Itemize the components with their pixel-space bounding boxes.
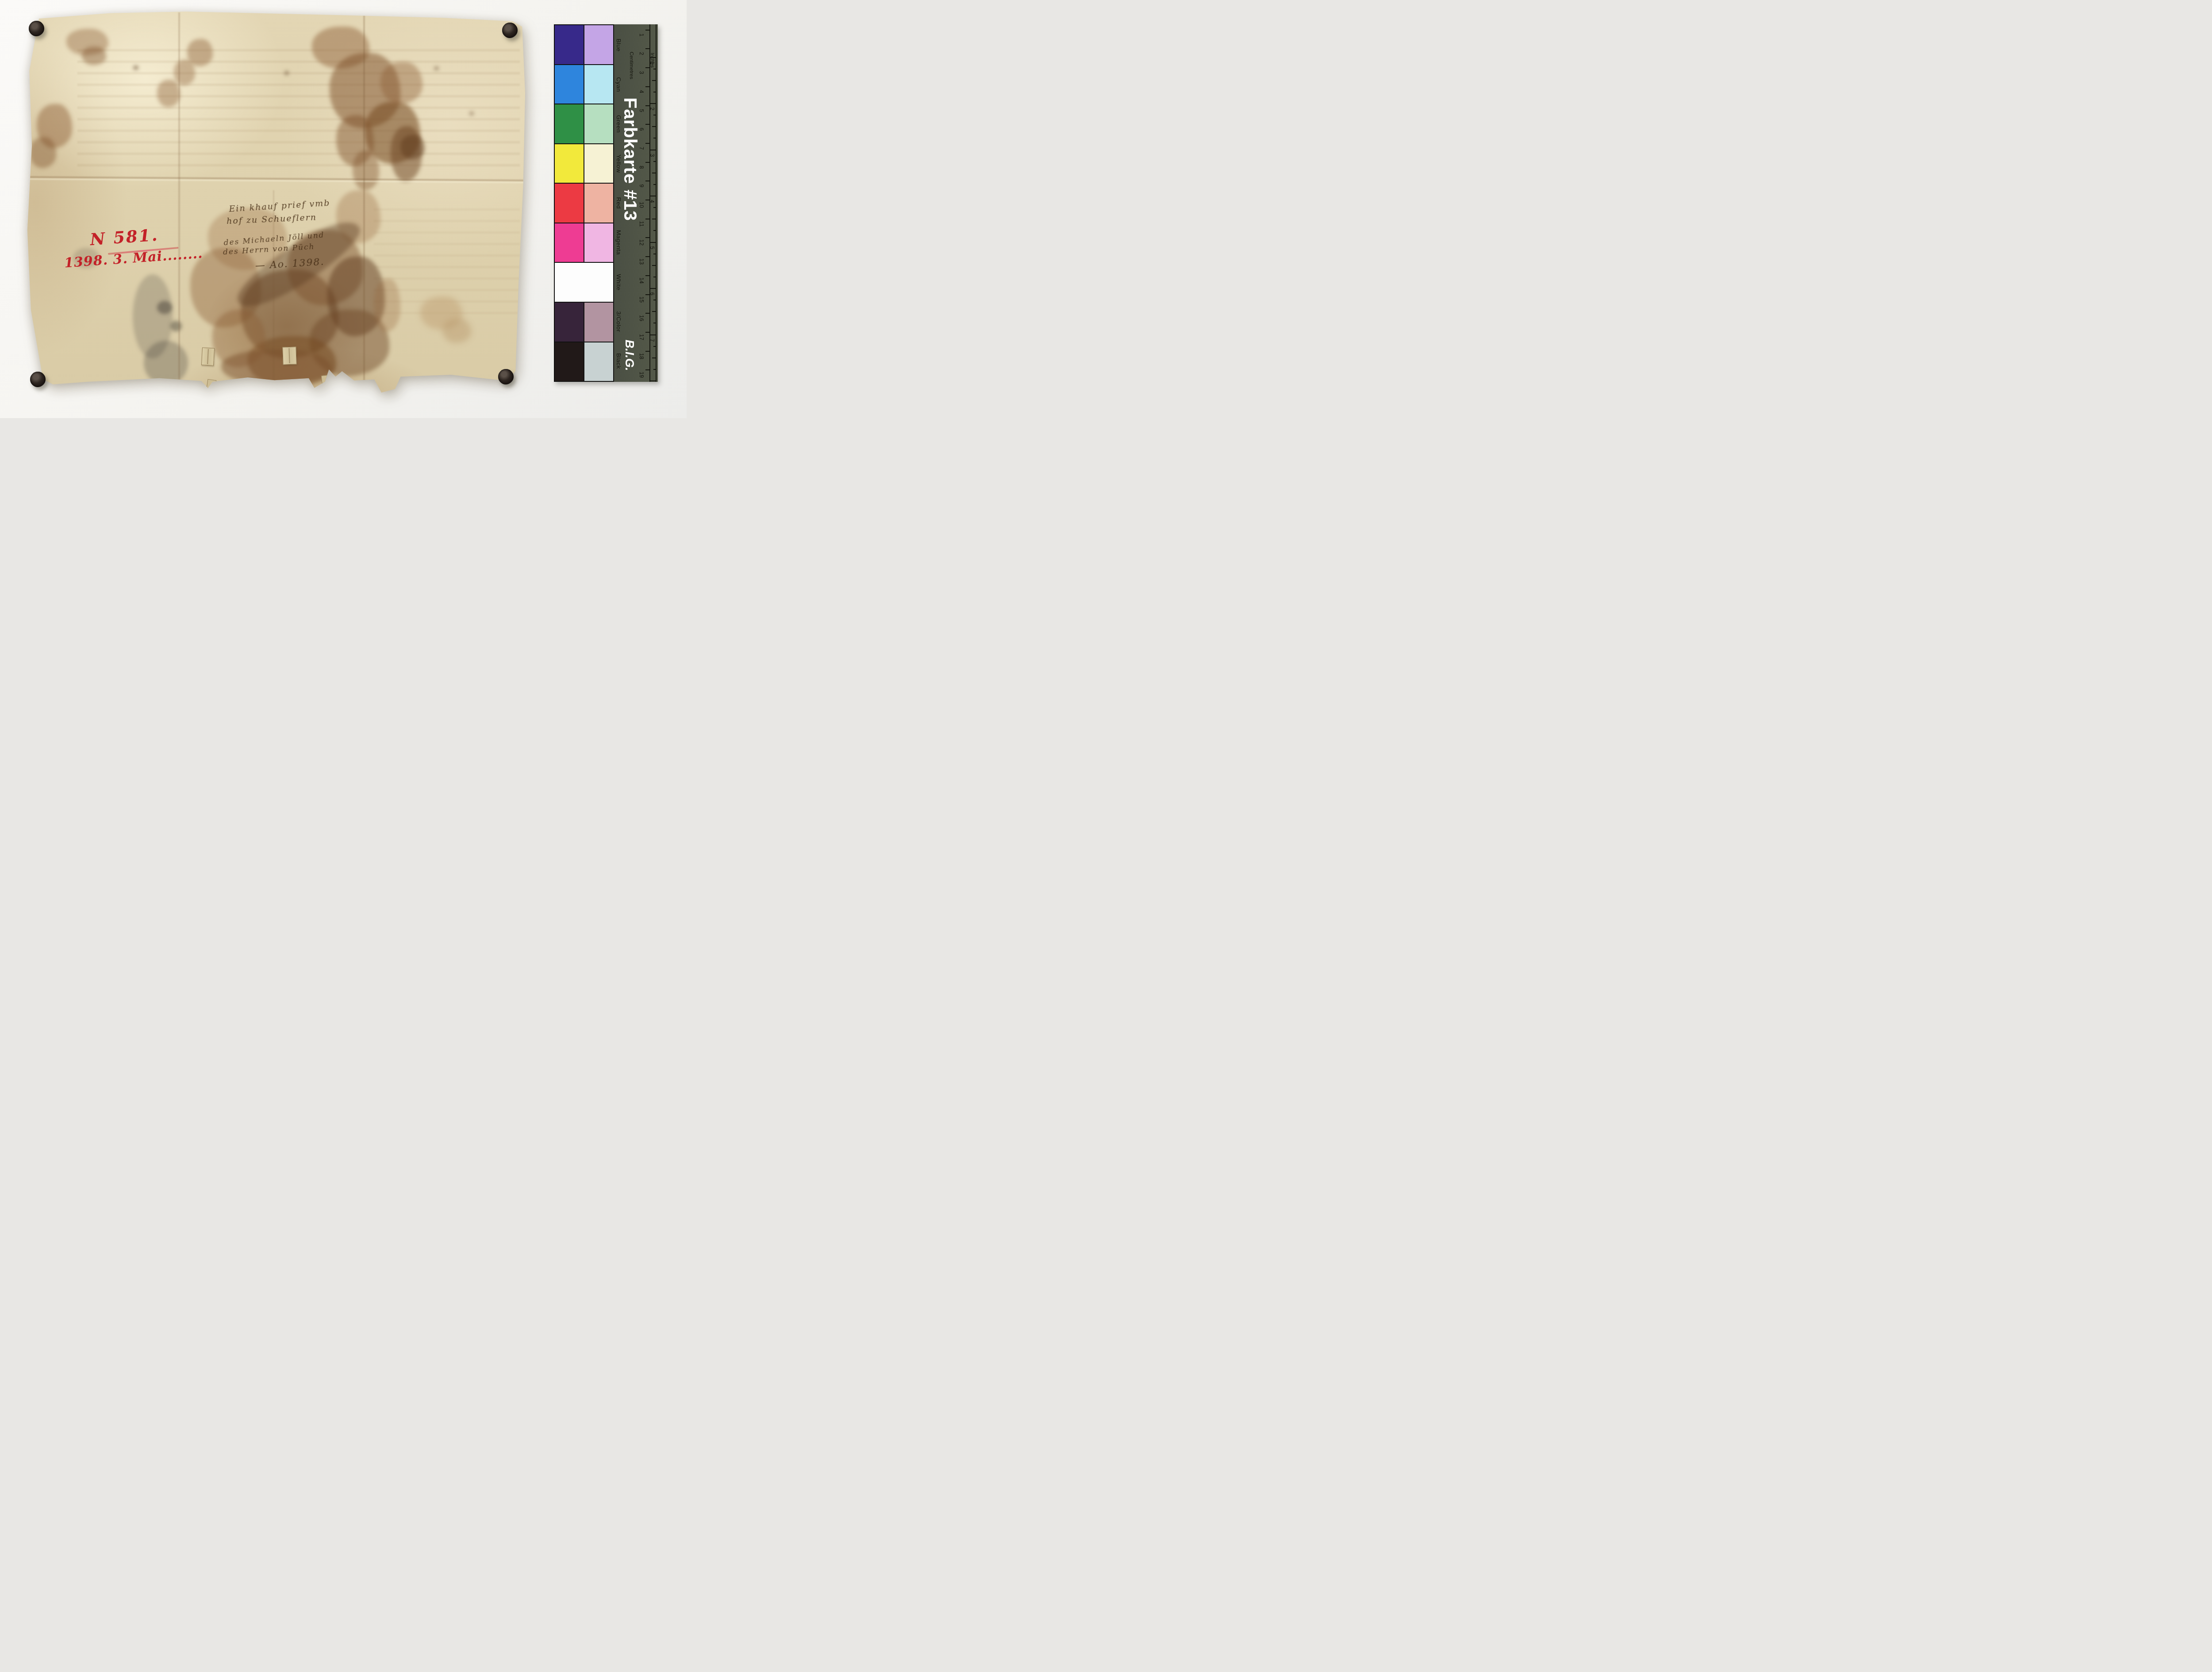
stain bbox=[241, 270, 338, 358]
cm-tick bbox=[645, 313, 649, 314]
cm-number: 17 bbox=[638, 334, 645, 340]
quarter-inch-tick bbox=[653, 207, 656, 208]
stain bbox=[212, 310, 265, 367]
half-inch-tick bbox=[652, 80, 656, 81]
quarter-inch-tick bbox=[653, 230, 656, 231]
stain bbox=[336, 115, 374, 166]
spot bbox=[133, 65, 138, 70]
stain bbox=[365, 102, 420, 164]
cm-number: 10 bbox=[638, 202, 645, 208]
card-title: Farbkarte #13 bbox=[620, 97, 641, 221]
stain bbox=[374, 279, 400, 332]
corner-weight bbox=[502, 23, 518, 38]
cm-scale-line bbox=[649, 24, 650, 382]
patch-row-label: Cyan bbox=[615, 77, 622, 92]
cm-tick bbox=[645, 143, 649, 144]
inch-number: 5 bbox=[649, 246, 655, 249]
half-inch-tick bbox=[652, 311, 656, 312]
cm-number: 9 bbox=[638, 184, 645, 188]
patch-pastel bbox=[584, 144, 613, 183]
stain bbox=[157, 80, 180, 107]
patch-pastel bbox=[584, 223, 613, 262]
smudge bbox=[144, 341, 188, 385]
stain bbox=[310, 310, 389, 376]
cm-number: 7 bbox=[638, 146, 645, 150]
cm-tick bbox=[645, 181, 649, 181]
parchment-fragment bbox=[321, 375, 330, 386]
scan-canvas: N 581. 1398. 3. Mai........ Ein khauf pr… bbox=[0, 0, 687, 418]
cm-number: 2 bbox=[638, 52, 645, 55]
cm-number: 19 bbox=[638, 372, 645, 378]
color-calibration-card: BlueCyanGreenYellowRedMagentaWhite3/Colo… bbox=[554, 24, 658, 382]
patch-solid bbox=[555, 223, 584, 262]
patch-row-white bbox=[555, 263, 613, 302]
inch-number: 4 bbox=[649, 200, 655, 203]
patch-row-yellow bbox=[555, 144, 613, 183]
cm-tick bbox=[645, 332, 649, 333]
quarter-inch-tick bbox=[653, 323, 656, 323]
spot bbox=[469, 111, 474, 115]
cm-number: 3 bbox=[638, 71, 645, 74]
patch-pastel bbox=[584, 184, 613, 223]
stain bbox=[174, 60, 195, 85]
patch-solid bbox=[555, 342, 584, 381]
quarter-inch-tick bbox=[653, 115, 656, 115]
horizontal-fold-crease bbox=[26, 176, 525, 181]
half-inch-tick bbox=[652, 219, 656, 219]
stain bbox=[353, 150, 379, 190]
seal-tab bbox=[282, 346, 296, 365]
cm-tick bbox=[645, 275, 649, 276]
cm-number: 14 bbox=[638, 277, 645, 284]
stain bbox=[30, 137, 56, 168]
quarter-inch-tick bbox=[653, 346, 656, 347]
horizontal-fold-highlight bbox=[26, 178, 525, 183]
stain bbox=[330, 53, 400, 128]
cm-tick bbox=[645, 256, 649, 257]
patch-row-black bbox=[555, 342, 613, 381]
card-brand-logo: B.I.G. bbox=[622, 340, 636, 371]
patch-row-3-color bbox=[555, 303, 613, 342]
quarter-inch-tick bbox=[653, 277, 656, 277]
cm-tick bbox=[645, 67, 649, 68]
cm-number: 4 bbox=[638, 90, 645, 93]
cm-number: 16 bbox=[638, 315, 645, 321]
inch-tick bbox=[649, 242, 656, 243]
spot bbox=[284, 71, 289, 75]
patch-row-cyan bbox=[555, 65, 613, 104]
stain bbox=[66, 29, 108, 55]
archival-number: N 581. bbox=[89, 222, 209, 250]
cm-number: 8 bbox=[638, 165, 645, 169]
ruler-cm-label: Centimetres bbox=[629, 52, 634, 79]
patch-row-label: 3/Color bbox=[615, 311, 622, 332]
half-inch-tick bbox=[652, 265, 656, 266]
cm-tick bbox=[645, 30, 649, 31]
cm-tick bbox=[645, 105, 649, 106]
stain bbox=[312, 27, 369, 69]
cm-number: 6 bbox=[638, 128, 645, 131]
seal-tab bbox=[201, 347, 215, 365]
stain bbox=[442, 319, 471, 343]
quarter-inch-tick bbox=[653, 184, 656, 185]
spot bbox=[249, 380, 255, 385]
stain bbox=[37, 104, 72, 148]
stain bbox=[221, 350, 332, 385]
inch-tick bbox=[649, 57, 656, 58]
stain bbox=[380, 62, 422, 104]
patch-solid bbox=[555, 263, 584, 302]
parchment-wrap: N 581. 1398. 3. Mai........ Ein khauf pr… bbox=[24, 9, 529, 396]
inch-number: 6 bbox=[649, 292, 655, 296]
cm-number: 1 bbox=[638, 33, 645, 36]
stain bbox=[82, 46, 106, 65]
cm-number: 15 bbox=[638, 296, 645, 303]
quarter-inch-tick bbox=[653, 161, 656, 162]
quarter-inch-tick bbox=[653, 92, 656, 92]
cm-number: 13 bbox=[638, 258, 645, 265]
patch-solid bbox=[555, 303, 584, 342]
patch-row-label: Black bbox=[615, 354, 622, 369]
color-patch-grid bbox=[554, 24, 614, 382]
cm-tick bbox=[645, 48, 649, 49]
half-inch-tick bbox=[652, 357, 656, 358]
patch-row-green bbox=[555, 104, 613, 143]
stain bbox=[327, 257, 385, 336]
corner-weight bbox=[30, 372, 46, 387]
cm-number: 12 bbox=[638, 239, 645, 246]
archival-annotation: N 581. 1398. 3. Mai........ bbox=[62, 222, 210, 271]
cm-tick bbox=[645, 369, 649, 370]
smudge bbox=[170, 321, 182, 331]
inch-tick bbox=[649, 381, 656, 381]
smudge bbox=[133, 274, 173, 358]
half-inch-tick bbox=[652, 126, 656, 127]
cm-tick bbox=[645, 162, 649, 163]
patch-row-blue bbox=[555, 25, 613, 64]
cm-tick bbox=[645, 124, 649, 125]
patch-pastel bbox=[584, 303, 613, 342]
inch-tick bbox=[649, 288, 656, 289]
text-showthrough-right bbox=[374, 199, 520, 314]
inch-number: 3 bbox=[649, 154, 655, 157]
patch-solid bbox=[555, 144, 584, 183]
inch-tick bbox=[649, 150, 656, 150]
patch-pastel bbox=[584, 65, 613, 104]
patch-row-magenta bbox=[555, 223, 613, 262]
corner-weight bbox=[498, 369, 514, 384]
quarter-inch-tick bbox=[653, 369, 656, 370]
cm-number: 11 bbox=[638, 221, 645, 227]
cm-number: 18 bbox=[638, 353, 645, 359]
patch-pastel bbox=[584, 25, 613, 64]
cm-tick bbox=[645, 351, 649, 352]
cm-number: 5 bbox=[638, 109, 645, 112]
patch-pastel bbox=[584, 104, 613, 143]
patch-row-label: Blue bbox=[615, 38, 622, 51]
ruler-edge-line bbox=[656, 24, 657, 382]
patch-solid bbox=[555, 65, 584, 104]
archival-date: 1398. 3. Mai........ bbox=[64, 245, 211, 271]
patch-row-label: Magenta bbox=[615, 230, 622, 255]
patch-row-label: White bbox=[615, 274, 622, 290]
stain bbox=[400, 135, 425, 159]
stain bbox=[391, 126, 422, 181]
dorsal-note: Ein khauf prief vmbhof zu Schueflerndes … bbox=[222, 198, 374, 271]
inch-tick bbox=[649, 334, 656, 335]
patch-row-red bbox=[555, 184, 613, 223]
inch-tick bbox=[649, 196, 656, 196]
patch-pastel bbox=[584, 263, 613, 302]
half-inch-tick bbox=[652, 173, 656, 173]
cm-tick bbox=[645, 219, 649, 219]
patch-solid bbox=[555, 184, 584, 223]
inch-tick bbox=[649, 103, 656, 104]
parchment-fragment bbox=[207, 379, 217, 389]
parchment-verso: N 581. 1398. 3. Mai........ Ein khauf pr… bbox=[24, 9, 529, 396]
spot bbox=[434, 66, 439, 70]
patch-pastel bbox=[584, 342, 613, 381]
smudge bbox=[157, 301, 172, 314]
stain bbox=[187, 39, 213, 66]
cm-tick bbox=[645, 237, 649, 238]
quarter-inch-tick bbox=[653, 138, 656, 138]
inch-number: 1 bbox=[649, 61, 655, 64]
corner-weight bbox=[29, 21, 44, 36]
quarter-inch-tick bbox=[653, 69, 656, 69]
vertical-fold-crease-left bbox=[178, 12, 180, 391]
inch-number: 2 bbox=[649, 108, 655, 111]
text-showthrough-top bbox=[77, 40, 520, 173]
dorsal-note-line: — Ao. 1398. bbox=[255, 254, 374, 272]
quarter-inch-tick bbox=[653, 300, 656, 300]
cm-tick bbox=[645, 86, 649, 87]
stain bbox=[420, 296, 462, 330]
patch-solid bbox=[555, 104, 584, 143]
inch-number: 7 bbox=[649, 338, 655, 342]
patch-solid bbox=[555, 25, 584, 64]
quarter-inch-tick bbox=[653, 254, 656, 254]
